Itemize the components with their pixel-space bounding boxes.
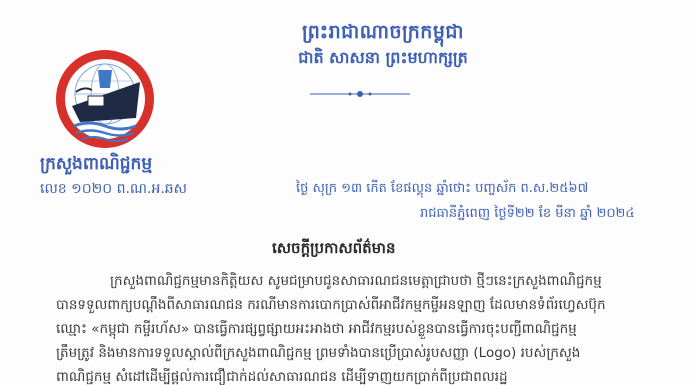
document-title: សេចក្ដីប្រកាសព័ត៌មាន (272, 239, 396, 261)
ministry-emblem (54, 48, 156, 150)
ornament-divider-icon (310, 83, 410, 91)
solar-date-location: រាជធានីភ្នំពេញ ថ្ងៃទី២២ ខែ មីនា ឆ្នាំ ២០… (420, 205, 635, 224)
reference-number: លេខ ១០២០ ព.ណ.អ.ឆស (40, 179, 187, 200)
national-motto: ជាតិ សាសនា ព្រះមហាក្សត្រ (268, 47, 498, 71)
body-line: ឈ្មោះ «កម្ពុជា កម្ចីរហ័ស» បានធ្វើការផ្សព… (56, 317, 654, 341)
body-line: ត្រឹមត្រូវ និងមានការទទួលស្គាល់ពីក្រសួងពា… (56, 341, 654, 365)
lunar-date: ថ្ងៃ សុក្រ ១៣ កើត ខែផល្គុន ឆ្នាំថោះ បញ្ច… (296, 180, 588, 199)
body-line: ក្រសួងពាណិជ្ជកម្មមានកិត្តិយស សូមជម្រាបជូ… (56, 269, 654, 293)
ship-globe-emblem-icon (54, 48, 156, 150)
announcement-body: ក្រសួងពាណិជ្ជកម្មមានកិត្តិយស សូមជម្រាបជូ… (56, 269, 654, 385)
body-line: ពាណិជ្ជកម្ម សំដៅដើម្បីផ្ដល់ការជឿជាក់ដល់ស… (56, 365, 654, 385)
ministry-name: ក្រសួងពាណិជ្ជកម្ម (40, 153, 152, 178)
kingdom-heading: ព្រះរាជាណាចក្រកម្ពុជា (268, 20, 498, 48)
body-line: បានទទួលពាក្យបណ្ដឹងពីសាធារណជន ករណីមានការប… (56, 293, 654, 317)
